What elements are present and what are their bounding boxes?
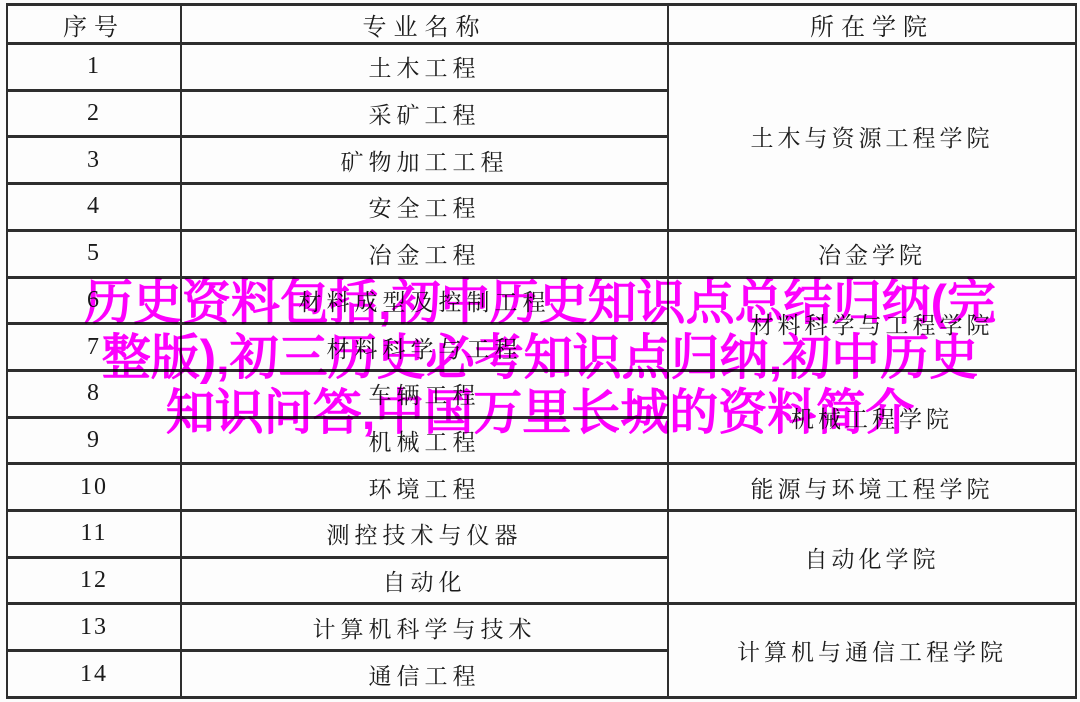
major-name-cell: 自动化: [181, 557, 668, 604]
row-number-cell: 14: [7, 651, 181, 698]
major-name-cell: 材料成型及控制工程: [181, 277, 668, 324]
major-name-cell: 车辆工程: [181, 370, 668, 417]
table-row: 8 车辆工程 机械工程学院: [7, 370, 1076, 417]
college-cell: 能源与环境工程学院: [668, 464, 1076, 511]
row-number-cell: 4: [7, 184, 181, 231]
college-cell: 自动化学院: [668, 511, 1076, 604]
row-number-cell: 8: [7, 370, 181, 417]
row-number-cell: 2: [7, 90, 181, 137]
table-row: 10 环境工程 能源与环境工程学院: [7, 464, 1076, 511]
row-number-cell: 5: [7, 230, 181, 277]
college-cell: 计算机与通信工程学院: [668, 604, 1076, 698]
major-name-cell: 材料科学与工程: [181, 324, 668, 371]
majors-table: 序号 专业名称 所在学院 1 土木工程 土木与资源工程学院 2 采矿工程 3 矿…: [6, 3, 1077, 699]
table-row: 1 土木工程 土木与资源工程学院: [7, 44, 1076, 91]
table-header-row: 序号 专业名称 所在学院: [7, 5, 1076, 44]
table-row: 6 材料成型及控制工程 材料科学与工程学院: [7, 277, 1076, 324]
college-cell: 材料科学与工程学院: [668, 277, 1076, 370]
header-row-number: 序号: [7, 5, 181, 44]
table-row: 11 测控技术与仪器 自动化学院: [7, 511, 1076, 558]
header-major-name: 专业名称: [181, 5, 668, 44]
major-name-cell: 冶金工程: [181, 230, 668, 277]
row-number-cell: 7: [7, 324, 181, 371]
major-name-cell: 采矿工程: [181, 90, 668, 137]
row-number-cell: 6: [7, 277, 181, 324]
major-name-cell: 矿物加工工程: [181, 137, 668, 184]
row-number-cell: 11: [7, 511, 181, 558]
major-name-cell: 通信工程: [181, 651, 668, 698]
major-name-cell: 环境工程: [181, 464, 668, 511]
row-number-cell: 3: [7, 137, 181, 184]
page: 序号 专业名称 所在学院 1 土木工程 土木与资源工程学院 2 采矿工程 3 矿…: [0, 0, 1080, 702]
row-number-cell: 10: [7, 464, 181, 511]
row-number-cell: 1: [7, 44, 181, 91]
major-name-cell: 安全工程: [181, 184, 668, 231]
college-cell: 机械工程学院: [668, 370, 1076, 463]
major-name-cell: 机械工程: [181, 417, 668, 464]
major-name-cell: 计算机科学与技术: [181, 604, 668, 651]
table-row: 5 冶金工程 冶金学院: [7, 230, 1076, 277]
row-number-cell: 12: [7, 557, 181, 604]
major-name-cell: 土木工程: [181, 44, 668, 91]
header-college: 所在学院: [668, 5, 1076, 44]
row-number-cell: 9: [7, 417, 181, 464]
row-number-cell: 13: [7, 604, 181, 651]
college-cell: 土木与资源工程学院: [668, 44, 1076, 231]
college-cell: 冶金学院: [668, 230, 1076, 277]
table-row: 13 计算机科学与技术 计算机与通信工程学院: [7, 604, 1076, 651]
major-name-cell: 测控技术与仪器: [181, 511, 668, 558]
